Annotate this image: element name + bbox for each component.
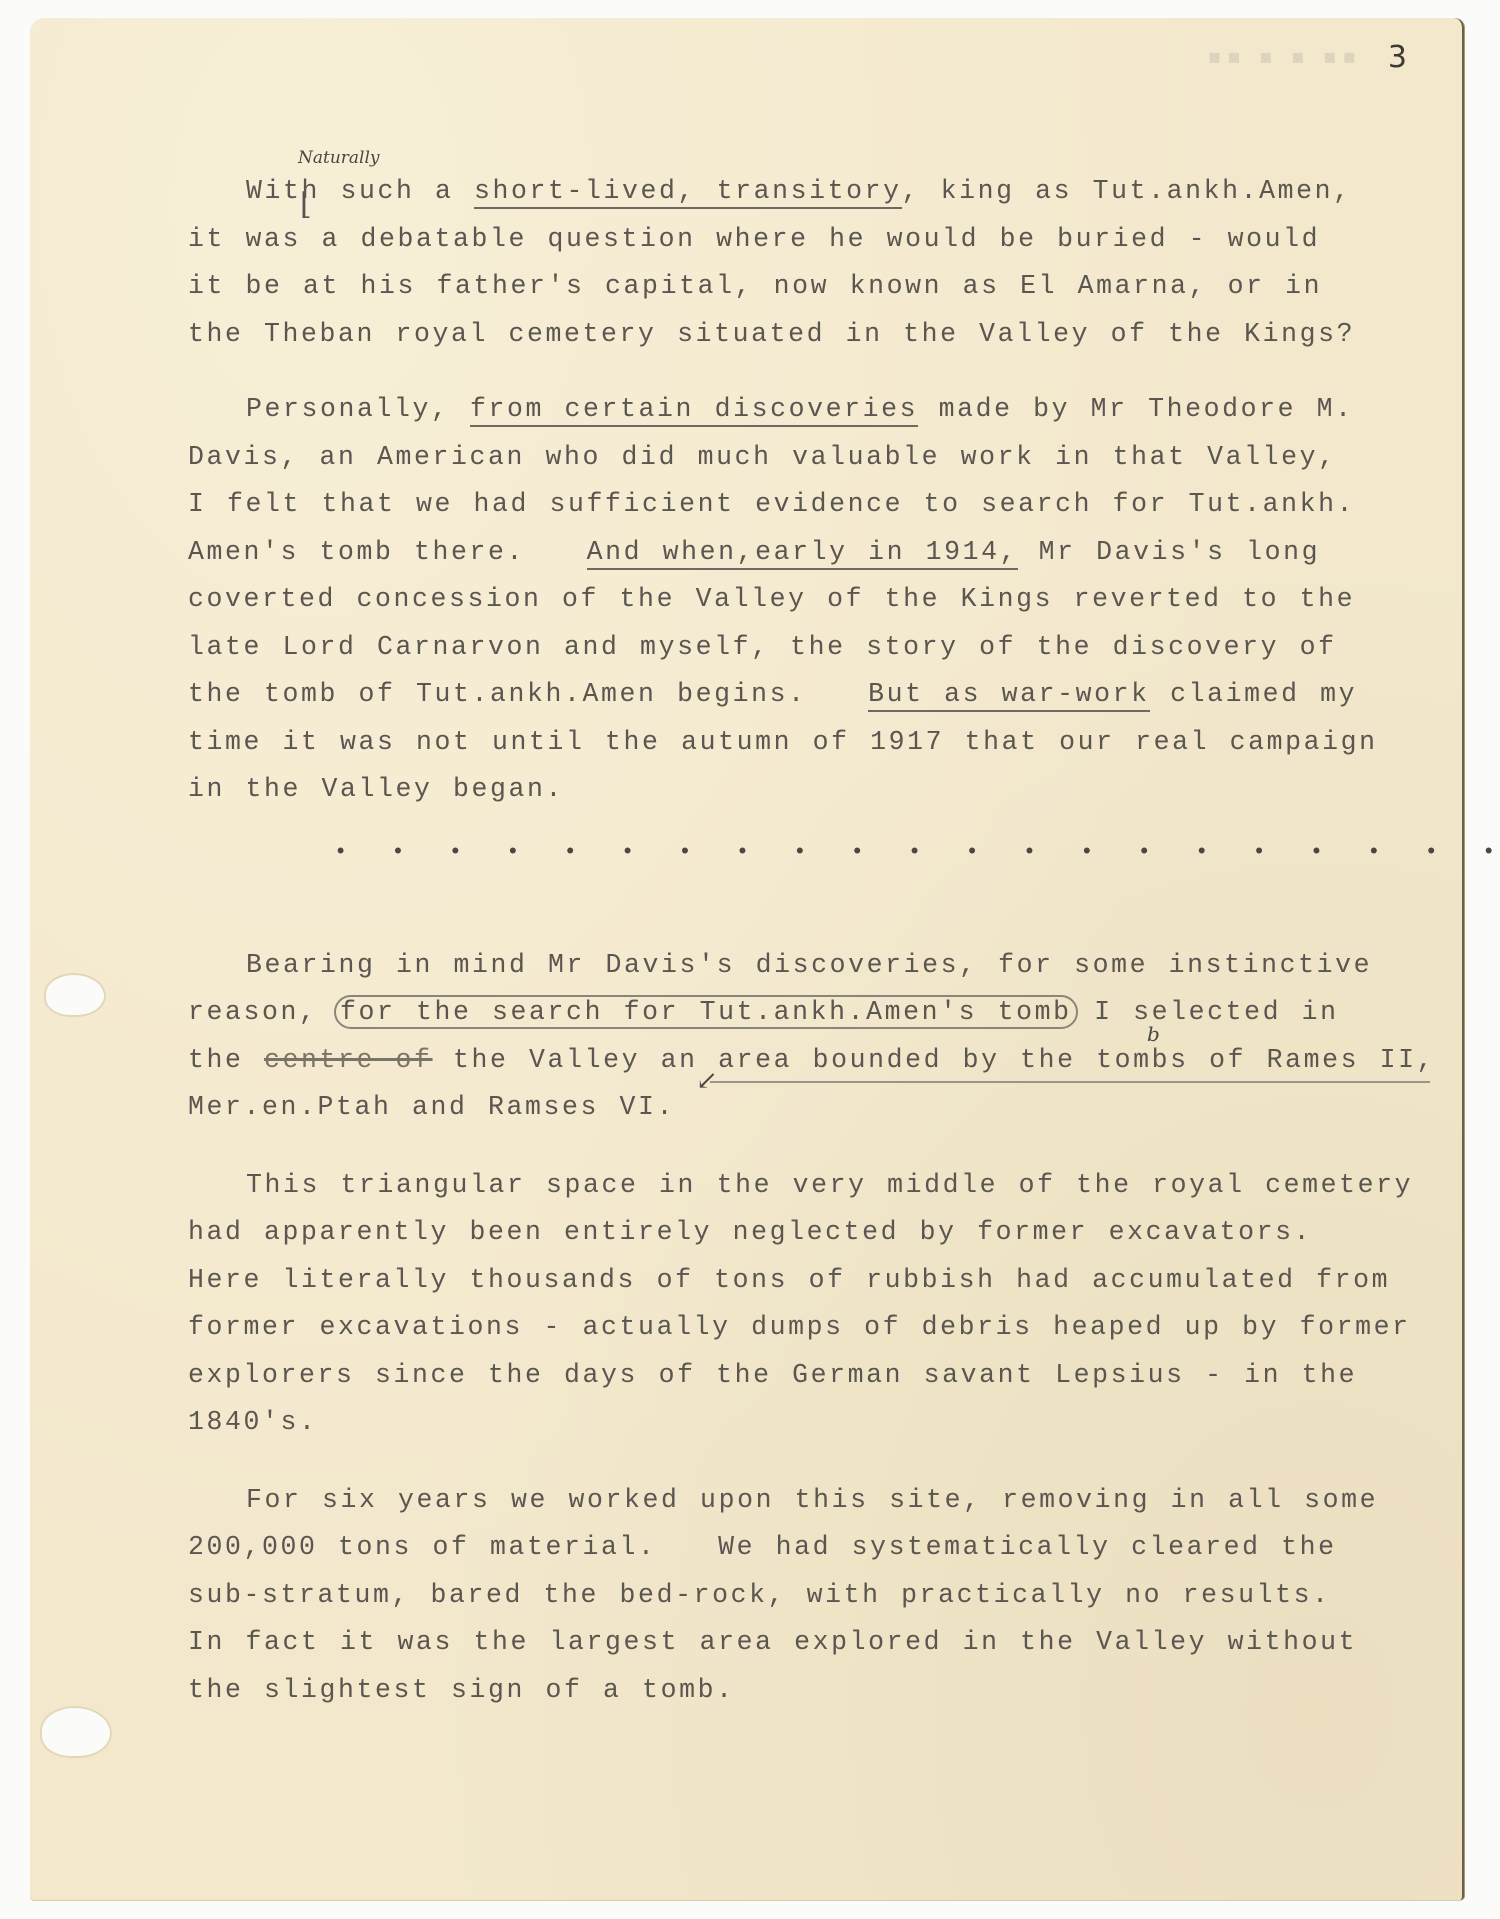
text-run: Mer.en.Ptah and Ramses VI. [188,1092,675,1122]
text-line: Amen's tomb there. And when,early in 191… [188,529,1448,577]
text-run: the tomb of Tut.ankh.Amen begins. [188,679,868,709]
text-line: coverted concession of the Valley of the… [188,576,1448,624]
paragraph-gap [188,1447,1448,1477]
text-line: the centre of the Valley an area bounded… [188,1037,1448,1085]
text-run: , king as Tut.ankh.Amen, [902,176,1352,206]
underlined-text: from certain discoveries [470,394,918,427]
text-run: 200,000 tons of material. We had systema… [188,1532,1337,1562]
text-line: it be at his father's capital, now known… [188,263,1448,311]
text-run: late Lord Carnarvon and myself, the stor… [188,632,1337,662]
text-run: sub-stratum, bared the bed-rock, with pr… [188,1580,1331,1610]
text-line: the slightest sign of a tomb. [188,1667,1448,1715]
punch-hole [44,973,106,1017]
faint-archive-stamp: ▪▪ ▪ ▪ ▪▪ [1208,44,1362,68]
text-run: Here literally thousands of tons of rubb… [188,1265,1390,1295]
text-run: Mr Davis's long [1018,537,1320,567]
text-run: Amen's tomb there. [188,537,587,567]
text-run: the Theban royal cemetery situated in th… [188,319,1355,349]
text-line: With such a short-lived, transitory, kin… [188,168,1448,216]
text-line: In fact it was the largest area explored… [188,1619,1448,1667]
text-line: former excavations - actually dumps of d… [188,1304,1448,1352]
text-run: explorers since the days of the German s… [188,1360,1357,1390]
text-line: 1840's. [188,1399,1448,1447]
text-run: I felt that we had sufficient evidence t… [188,489,1355,519]
text-run: in the Valley began. [188,774,564,804]
section-separator-dots: • • • • • • • • • • • • • • • • • • • • … [334,840,1500,865]
paragraph-gap [188,814,1448,942]
text-line: late Lord Carnarvon and myself, the stor… [188,624,1448,672]
text-line: the Theban royal cemetery situated in th… [188,311,1448,359]
text-line: in the Valley began. [188,766,1448,814]
paragraph: With such a short-lived, transitory, kin… [188,168,1448,358]
text-line: Personally, from certain discoveries mad… [188,386,1448,434]
paragraph: For six years we worked upon this site, … [188,1477,1448,1715]
text-run: This triangular space in the very middle… [246,1170,1413,1200]
paragraph-gap [188,1132,1448,1162]
text-run: coverted concession of the Valley of the… [188,584,1355,614]
text-run: Bearing in mind Mr Davis's discoveries, … [246,950,1372,980]
page-number: 3 [1388,40,1407,75]
text-line: sub-stratum, bared the bed-rock, with pr… [188,1572,1448,1620]
underlined-text: short-lived, transitory [474,176,902,209]
text-run: former excavations - actually dumps of d… [188,1312,1411,1342]
text-run: With such a [246,176,474,206]
underlined-text: And when,early in 1914, [587,537,1019,570]
paragraph: Personally, from certain discoveries mad… [188,386,1448,814]
paragraph-gap [188,358,1448,386]
text-run: claimed my [1150,679,1358,709]
text-run: made by Mr Theodore M. [918,394,1354,424]
text-line: Davis, an American who did much valuable… [188,434,1448,482]
text-run: Personally, [246,394,470,424]
text-line: reason, for the search for Tut.ankh.Amen… [188,989,1448,1037]
text-run: the [188,1045,264,1075]
text-run: it be at his father's capital, now known… [188,271,1322,301]
paragraph: Bearing in mind Mr Davis's discoveries, … [188,942,1448,1132]
text-run: I selected in [1074,997,1339,1027]
underlined-text: But as war-work [868,679,1150,712]
text-run: In fact it was the largest area explored… [188,1627,1357,1657]
text-run: Davis, an American who did much valuable… [188,442,1337,472]
text-run: it was a debatable question where he wou… [188,224,1320,254]
circled-text: for the search for Tut.ankh.Amen's tomb [334,995,1078,1029]
punch-hole [40,1706,112,1758]
text-run: 1840's. [188,1407,318,1437]
text-run: reason, [188,997,338,1027]
text-run: the Valley an area bounded by the tombs … [433,1045,1436,1075]
text-line: 200,000 tons of material. We had systema… [188,1524,1448,1572]
text-line: I felt that we had sufficient evidence t… [188,481,1448,529]
text-line: For six years we worked upon this site, … [188,1477,1448,1525]
text-line: time it was not until the autumn of 1917… [188,719,1448,767]
paragraph: This triangular space in the very middle… [188,1162,1448,1447]
text-line: Mer.en.Ptah and Ramses VI. [188,1084,1448,1132]
handwritten-insert-naturally: Naturally [298,148,380,168]
text-run: had apparently been entirely neglected b… [188,1217,1312,1247]
struck-out-text: centre of [264,1045,433,1075]
text-run: For six years we worked upon this site, … [246,1485,1378,1515]
text-run: the slightest sign of a tomb. [188,1675,735,1705]
document-body: With such a short-lived, transitory, kin… [188,168,1448,1714]
text-line: it was a debatable question where he wou… [188,216,1448,264]
text-line: This triangular space in the very middle… [188,1162,1448,1210]
text-line: had apparently been entirely neglected b… [188,1209,1448,1257]
text-run: time it was not until the autumn of 1917… [188,727,1378,757]
text-line: Here literally thousands of tons of rubb… [188,1257,1448,1305]
text-line: the tomb of Tut.ankh.Amen begins. But as… [188,671,1448,719]
text-line: explorers since the days of the German s… [188,1352,1448,1400]
text-line: Bearing in mind Mr Davis's discoveries, … [188,942,1448,990]
